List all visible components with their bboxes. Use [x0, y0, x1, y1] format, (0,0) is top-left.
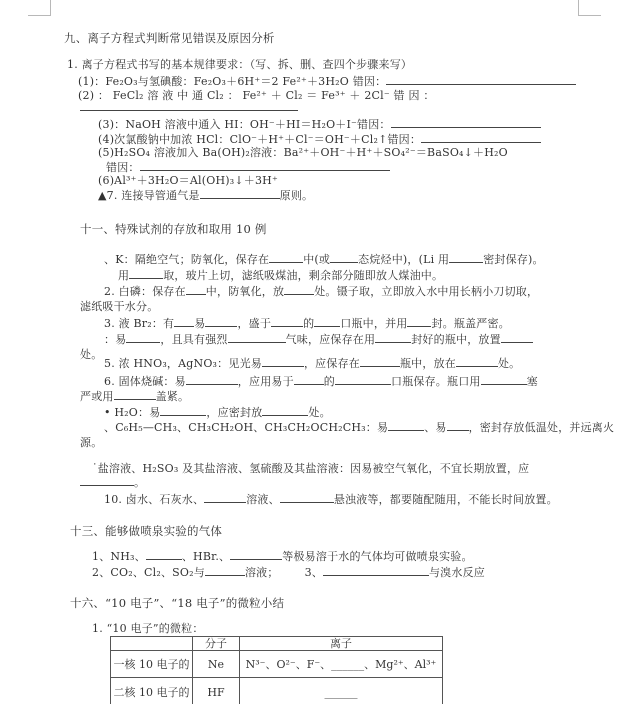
answer-blank[interactable] [140, 160, 390, 171]
table-row: 一核 10 电子的 Ne N³⁻、O²⁻、F⁻、______、Mg²⁺、Al³⁺ [111, 651, 443, 678]
section-9-title: 九、离子方程式判断常见错误及原因分析 [64, 31, 275, 45]
section-11-line-4: 滤纸吸干水分。 [80, 300, 158, 314]
section-9-sub-4: (4)次氯酸钠中加浓 HCl：ClO⁻＋H⁺＋Cl⁻＝OH⁻＋Cl₂↑错因： [98, 132, 541, 147]
section-16-title: 十六、“10 电子”、“18 电子”的微粒小结 [70, 596, 284, 610]
section-11-line-1: 、K：隔绝空气；防氧化，保存在中(或态烷烃中)，(Li 用密封保存)。 [104, 252, 544, 267]
section-9-sub-3: (3)：NaOH 溶液中通入 HI：OH⁻＋HI＝H₂O＋I⁻错因： [98, 117, 541, 132]
section-16-item-1: 1. “10 电子”的微粒： [92, 622, 204, 636]
top-left-crop-mark [28, 0, 51, 16]
section-11-line-13: 源。 [80, 436, 102, 450]
answer-blank[interactable] [391, 117, 541, 128]
section-11-item-9: ˙盐溶液、H₂SO₃ 及其盐溶液、氢硫酸及其盐溶液：因易被空气氧化，不宜长期放置… [92, 462, 529, 476]
section-9-sub-1: (1)：Fe₂O₃与氢碘酸：Fe₂O₃＋6H⁺＝2 Fe²⁺＋3H₂O 错因： [78, 74, 576, 89]
section-11-line-15: 。 [80, 475, 145, 490]
section-11-item-8: 、C₆H₅—CH₃、CH₃CH₂OH、CH₃CH₂OCH₂CH₃：易、易，密封存… [104, 420, 614, 435]
section-9-sub-5-reason: 错因： [106, 160, 390, 175]
answer-blank[interactable] [421, 132, 541, 143]
top-right-crop-mark [578, 0, 601, 16]
section-13-item-2: 2、CO₂、Cl₂、SO₂与溶液；3、与溴水反应 [92, 565, 485, 580]
section-11-line-10: 严或用盖紧。 [80, 389, 189, 404]
section-11-item-3: 3. 液 Br₂：有易，盛于的口瓶中，并用封。瓶盖严密。 [104, 316, 510, 331]
section-11-line-2: 用取，玻片上切，滤纸吸煤油，剩余部分随即放人煤油中。 [118, 268, 443, 283]
section-9-sub-6: (6)Al³⁺＋3H₂O＝Al(OH)₃↓＋3H⁺ [98, 174, 278, 188]
section-11-title: 十一、特殊试剂的存放和取用 10 例 [80, 222, 267, 236]
section-11-item-2: 2. 白磷：保存在中，防氧化，放处。镊子取，立即放入水中用长柄小刀切取， [104, 284, 538, 299]
answer-blank[interactable] [386, 74, 576, 85]
ten-electron-table: 分子 离子 一核 10 电子的 Ne N³⁻、O²⁻、F⁻、______、Mg²… [110, 636, 443, 704]
answer-blank[interactable] [200, 188, 280, 199]
table-header-row: 分子 离子 [111, 637, 443, 651]
section-9-item-1: 1. 离子方程式书写的基本规律要求：（写、拆、删、查四个步骤来写） [67, 58, 412, 72]
section-11-item-6: 6. 固体烧碱：易，应用易于的口瓶保存。瓶口用塞 [104, 374, 538, 389]
section-11-line-7: 处。 [80, 348, 102, 362]
section-9-sub-2-blank[interactable] [80, 100, 298, 115]
section-11-item-5: 5. 浓 HNO₃，AgNO₃：见光易，应保存在瓶中，放在处。 [104, 356, 520, 371]
section-11-item-10: 10. 卤水、石灰水、溶液、悬浊液等，都要随配随用，不能长时间放置。 [104, 492, 558, 507]
table-row: 二核 10 电子的 HF ______ [111, 678, 443, 704]
section-9-sub-5: (5)H₂SO₄ 溶液加入 Ba(OH)₂溶液：Ba²⁺＋OH⁻＋H⁺＋SO₄²… [98, 146, 508, 160]
section-11-line-6: ：易，且具有强烈气味，应保存在用封好的瓶中，放置 [104, 332, 533, 347]
section-13-title: 十三、能够做喷泉实验的气体 [70, 524, 222, 538]
section-11-item-7: • H₂O：易，应密封放处。 [104, 405, 331, 420]
section-13-item-1: 1、NH₃、、HBr.、等极易溶于水的气体均可做喷泉实验。 [92, 549, 473, 564]
section-9-item-7: ▲7. 连接导管通气是原则。 [98, 188, 313, 203]
